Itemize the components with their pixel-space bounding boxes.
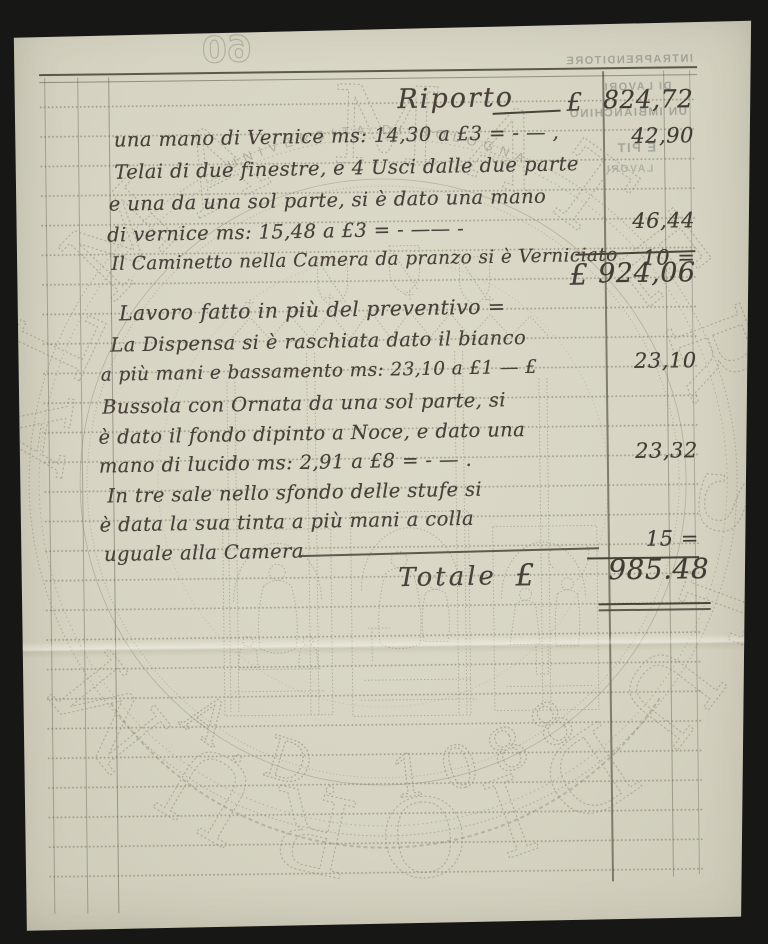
bleedthrough-line: LAVORI [584, 162, 674, 176]
currency-sign: £ [566, 87, 583, 116]
total-amount: 985.48 [591, 552, 709, 586]
riporto-label: Riporto [397, 82, 514, 115]
amount-value: 23,32 [604, 438, 698, 463]
subtotal-amount: 924,06 [587, 257, 695, 289]
total-label: Totale [398, 561, 497, 593]
header-rule [39, 66, 697, 83]
bleedthrough-line: INTRAPRENDITORE [555, 52, 703, 67]
amount-value: 15 = [605, 526, 699, 551]
page-content: ALMA MATER STUDIORUM A.D. 1088 UNIVERSIT… [0, 0, 768, 944]
amount-value: 42,90 [600, 123, 694, 148]
bleedthrough-stamp: 60 [200, 29, 253, 72]
amount-value: 824,72 [599, 84, 693, 114]
amount-value: 46,44 [601, 208, 695, 233]
amount-value: 23,10 [603, 348, 697, 373]
paper-sheet: ALMA MATER STUDIORUM A.D. 1088 UNIVERSIT… [0, 0, 768, 944]
scanned-document-stage: ALMA MATER STUDIORUM A.D. 1088 UNIVERSIT… [0, 0, 768, 944]
ledger-line: uguale alla Camera [104, 539, 304, 566]
currency-sign: £ [515, 558, 535, 593]
currency-sign: £ [569, 257, 588, 291]
